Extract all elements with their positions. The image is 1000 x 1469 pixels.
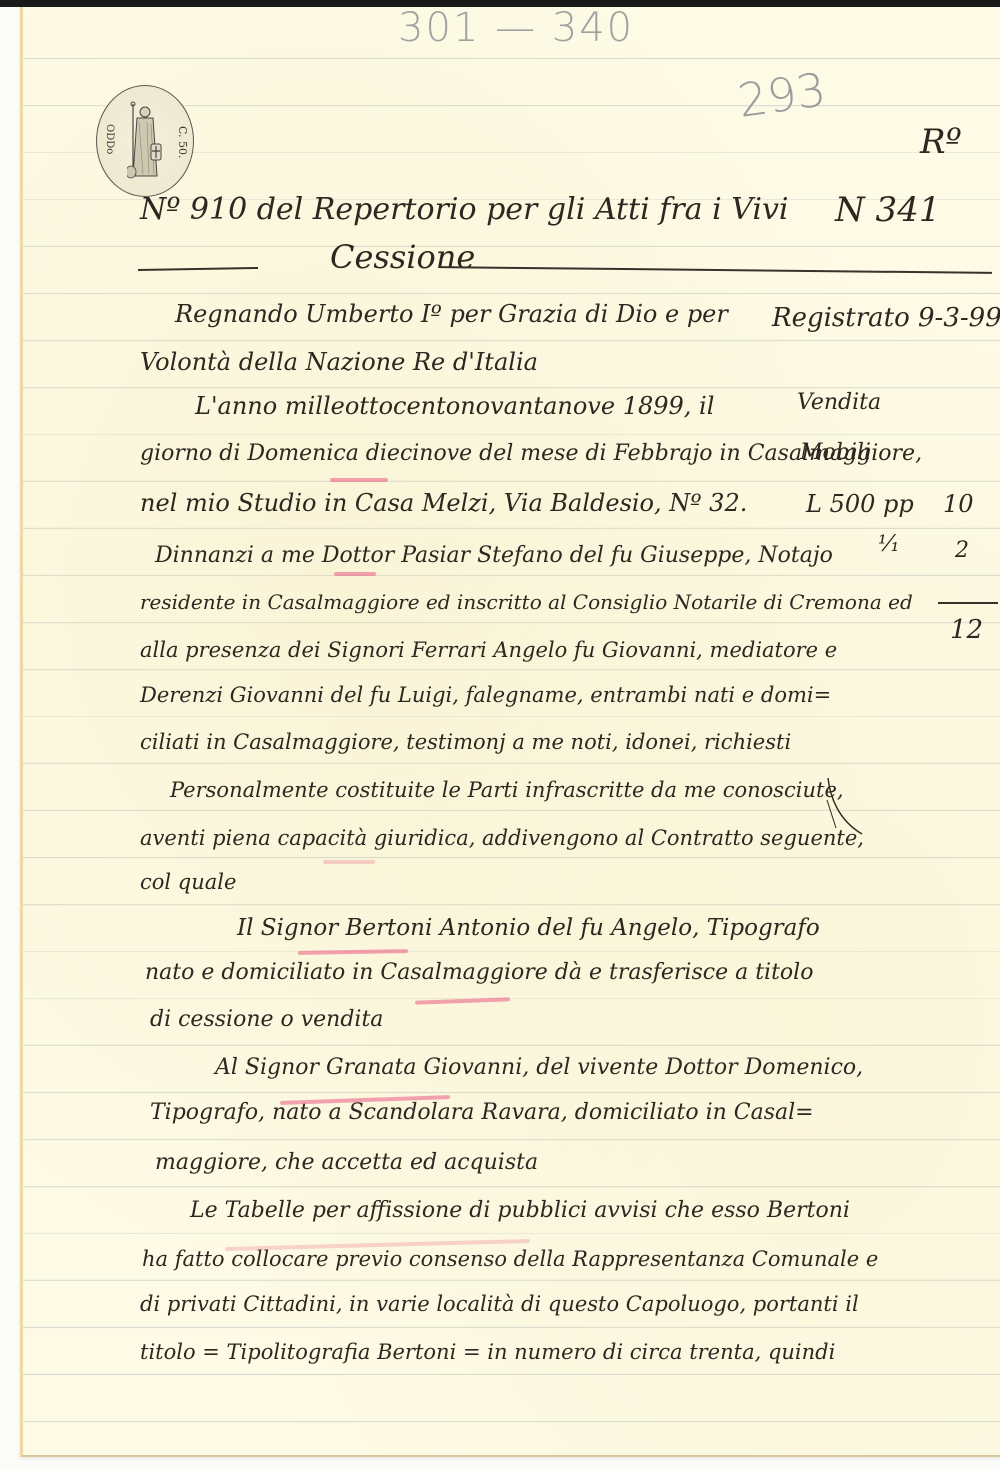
body-line-4: giorno di Domenica diecinove del mese di… bbox=[140, 441, 922, 466]
body-line-1: Regnando Umberto Iº per Grazia di Dio e … bbox=[175, 300, 728, 328]
body-line-19: maggiore, che accetta ed acquista bbox=[155, 1150, 538, 1175]
body-line-12: aventi piena capacità giuridica, addiven… bbox=[140, 826, 864, 850]
margin-total-rule bbox=[938, 602, 998, 604]
body-line-16: di cessione o vendita bbox=[150, 1007, 383, 1032]
margin-lire-label: L 500 pp bbox=[806, 490, 914, 518]
deed-title: Cessione bbox=[330, 238, 475, 276]
body-line-20: Le Tabelle per affissione di pubblici av… bbox=[190, 1198, 850, 1223]
body-line-15: nato e domiciliato in Casalmaggiore dà e… bbox=[145, 960, 813, 985]
body-line-2: Volontà della Nazione Re d'Italia bbox=[140, 348, 538, 376]
pink-underline-pasiar bbox=[334, 572, 376, 576]
revenue-stamp: ODDo C. 50. bbox=[96, 85, 194, 197]
stamp-left-legend: ODDo bbox=[104, 124, 115, 154]
pencil-page-range: 301 — 340 bbox=[398, 5, 634, 51]
registration-date: Registrato 9-3-99 bbox=[772, 303, 1000, 333]
body-line-13: col quale bbox=[140, 870, 236, 894]
body-line-7: residente in Casalmaggiore ed inscritto … bbox=[140, 590, 913, 614]
body-line-9: Derenzi Giovanni del fu Luigi, falegname… bbox=[140, 683, 831, 707]
body-line-5: nel mio Studio in Casa Melzi, Via Baldes… bbox=[140, 489, 747, 517]
margin-vendita: Vendita bbox=[797, 390, 881, 415]
body-line-23: titolo = Tipolitografia Bertoni = in num… bbox=[140, 1340, 835, 1364]
registration-mark: Rº bbox=[920, 122, 962, 162]
margin-fraction-label: ⅟₁ bbox=[878, 532, 899, 557]
margin-fee-2: 2 bbox=[955, 538, 969, 563]
body-line-17: Al Signor Granata Giovanni, del vivente … bbox=[215, 1055, 863, 1080]
pink-underline-giuridica bbox=[323, 860, 375, 864]
body-line-18: Tipografo, nato a Scandolara Ravara, dom… bbox=[150, 1100, 814, 1125]
body-line-22: di privati Cittadini, in varie località … bbox=[140, 1292, 859, 1316]
body-line-11: Personalmente costituite le Parti infras… bbox=[170, 778, 844, 802]
deed-number: N 341 bbox=[835, 190, 940, 230]
italia-figure-icon bbox=[127, 100, 163, 182]
body-line-21: ha fatto collocare previo consenso della… bbox=[142, 1247, 878, 1271]
body-line-10: ciliati in Casalmaggiore, testimonj a me… bbox=[140, 730, 791, 754]
stamp-value: C. 50. bbox=[176, 126, 189, 159]
body-line-6: Dinnanzi a me Dottor Pasiar Stefano del … bbox=[155, 543, 833, 568]
body-line-3: L'anno milleottocentonovantanove 1899, i… bbox=[195, 392, 714, 420]
margin-fee-1: 10 bbox=[943, 490, 974, 518]
body-line-8: alla presenza dei Signori Ferrari Angelo… bbox=[140, 638, 837, 662]
body-line-14: Il Signor Bertoni Antonio del fu Angelo,… bbox=[237, 915, 820, 941]
repertory-line: Nº 910 del Repertorio per gli Atti fra i… bbox=[140, 192, 789, 227]
margin-fee-total: 12 bbox=[950, 615, 983, 645]
pink-underline-diecinove bbox=[330, 478, 388, 482]
